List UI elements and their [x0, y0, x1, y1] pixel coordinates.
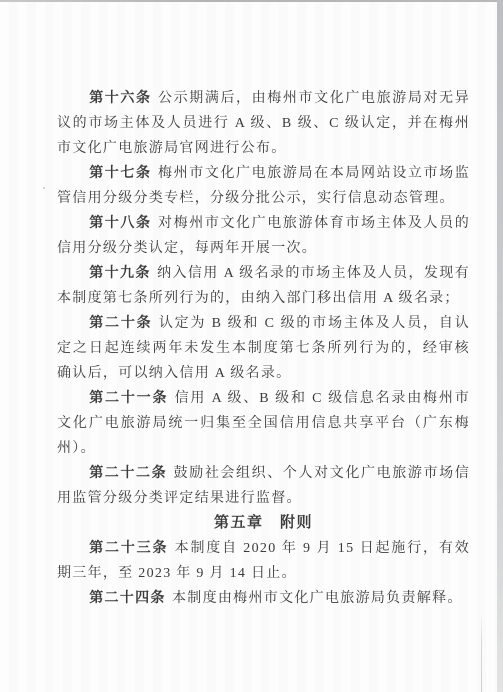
article-text: 本制度由梅州市文化广电旅游局负责解释。 — [172, 591, 463, 606]
article-paragraph-23: 第二十三条本制度自 2020 年 9 月 15 日起施行，有效期三年，至 202… — [57, 536, 470, 586]
article-number: 第二十条 — [89, 316, 152, 331]
article-paragraph-22: 第二十二条鼓励社会组织、个人对文化广电旅游市场信用监管分级分类评定结果进行监督。 — [57, 461, 470, 511]
article-number: 第二十四条 — [89, 591, 166, 606]
article-paragraph-21: 第二十一条信用 A 级、B 级和 C 级信息名录由梅州市文化广电旅游局统一归集至… — [57, 386, 470, 461]
article-number: 第十八条 — [89, 216, 151, 231]
article-number: 第十七条 — [89, 166, 151, 181]
article-number: 第二十一条 — [89, 391, 168, 406]
scan-right-edge-shadow — [497, 0, 503, 692]
article-paragraph-20: 第二十条认定为 B 级和 C 级的市场主体及人员，自认定之日起连续两年未发生本制… — [57, 311, 470, 386]
document-body: 第十六条公示期满后，由梅州市文化广电旅游局对无异议的市场主体及人员进行 A 级、… — [57, 0, 470, 611]
article-paragraph-17: 第十七条梅州市文化广电旅游局在本局网站设立市场监管信用分级分类专栏，分级分批公示… — [57, 161, 470, 211]
article-number: 第二十三条 — [89, 541, 168, 556]
scanned-document-page: { "doc": { "articles": [ { "term": "第十六条… — [0, 0, 503, 692]
article-paragraph-18: 第十八条对梅州市文化广电旅游体育市场主体及人员的信用分级分类认定，每两年开展一次… — [57, 211, 470, 261]
article-paragraph-16: 第十六条公示期满后，由梅州市文化广电旅游局对无异议的市场主体及人员进行 A 级、… — [57, 86, 470, 161]
article-paragraph-19: 第十九条纳入信用 A 级名录的市场主体及人员，发现有本制度第七条所列行为的，由纳… — [57, 261, 470, 311]
article-number: 第二十二条 — [89, 466, 167, 481]
article-paragraph-24: 第二十四条本制度由梅州市文化广电旅游局负责解释。 — [57, 586, 470, 611]
article-number: 第十九条 — [89, 266, 151, 281]
article-number: 第十六条 — [89, 91, 151, 106]
scan-crease-line — [481, 612, 482, 692]
scan-speck — [43, 187, 45, 189]
chapter-heading: 第五章 附则 — [57, 511, 470, 536]
